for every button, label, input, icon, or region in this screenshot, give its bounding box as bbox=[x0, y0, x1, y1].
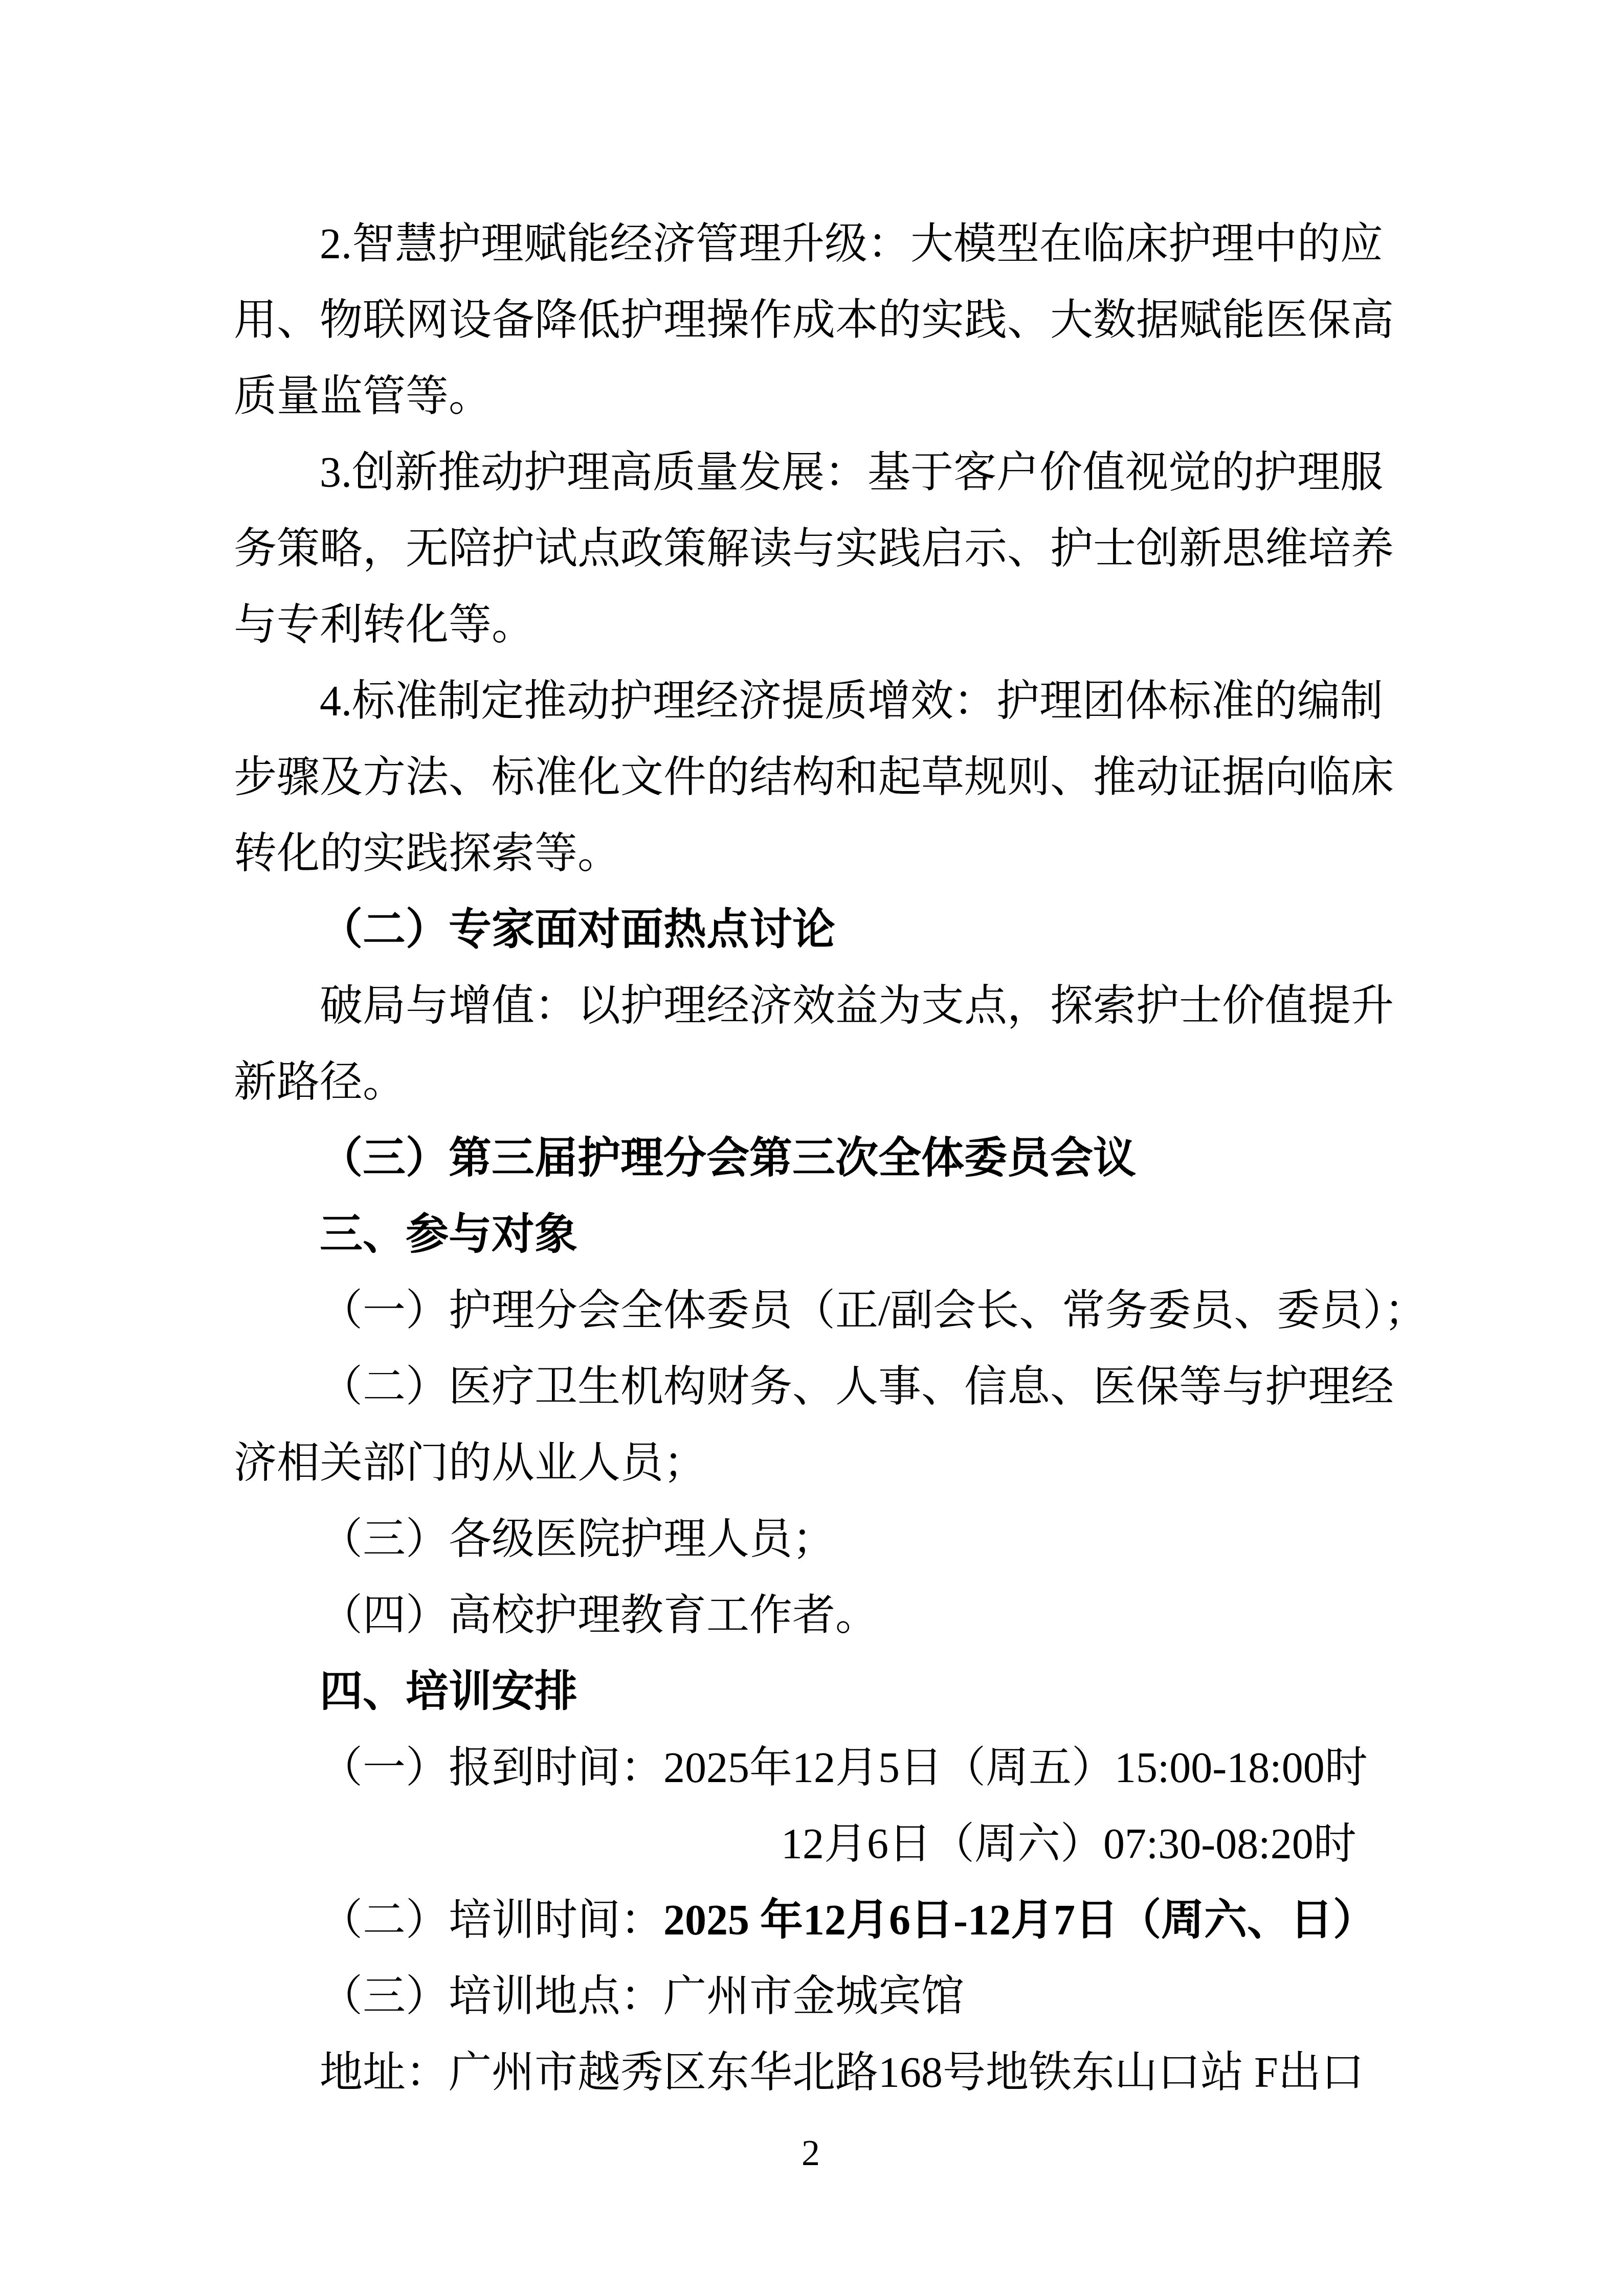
text-line-venue-address: 地址：广州市越秀区东华北路168号地铁东山口站 F出口 bbox=[234, 2035, 1388, 2111]
text-line-training-time: （二）培训时间：2025 年12月6日-12月7日（周六、日） bbox=[234, 1882, 1388, 1959]
document-body: 2.智慧护理赋能经济管理升级：大模型在临床护理中的应 用、物联网设备降低护理操作… bbox=[234, 206, 1388, 2111]
text-line: 务策略，无陪护试点政策解读与实践启示、护士创新思维培养 bbox=[234, 511, 1388, 587]
text-line: （三）各级医院护理人员； bbox=[234, 1501, 1388, 1578]
text-line: 质量监管等。 bbox=[234, 358, 1388, 435]
text-line: 济相关部门的从业人员； bbox=[234, 1425, 1388, 1501]
text-line: 4.标准制定推动护理经济提质增效：护理团体标准的编制 bbox=[234, 663, 1388, 739]
text-line: （一）护理分会全体委员（正/副会长、常务委员、委员）； bbox=[234, 1273, 1388, 1349]
text-line: （四）高校护理教育工作者。 bbox=[234, 1578, 1388, 1654]
page-number: 2 bbox=[234, 2122, 1388, 2184]
text-line-training-venue: （三）培训地点：广州市金城宾馆 bbox=[234, 1959, 1388, 2035]
text-line: 步骤及方法、标准化文件的结构和起草规则、推动证据向临床 bbox=[234, 739, 1388, 816]
heading-committee-meeting: （三）第三届护理分会第三次全体委员会议 bbox=[234, 1120, 1388, 1197]
training-time-value: 2025 年12月6日-12月7日（周六、日） bbox=[663, 1897, 1376, 1944]
training-time-label: （二）培训时间： bbox=[320, 1897, 663, 1944]
heading-expert-discussion: （二）专家面对面热点讨论 bbox=[234, 892, 1388, 968]
text-line: 破局与增值：以护理经济效益为支点，探索护士价值提升 bbox=[234, 968, 1388, 1044]
text-line: （二）医疗卫生机构财务、人事、信息、医保等与护理经 bbox=[234, 1349, 1388, 1425]
heading-training-schedule: 四、培训安排 bbox=[234, 1654, 1388, 1730]
heading-participants: 三、参与对象 bbox=[234, 1197, 1388, 1273]
text-line-registration-time-2: 12月6日（周六）07:30-08:20时 bbox=[234, 1806, 1388, 1882]
text-line: 转化的实践探索等。 bbox=[234, 816, 1388, 892]
document-page: 2.智慧护理赋能经济管理升级：大模型在临床护理中的应 用、物联网设备降低护理操作… bbox=[0, 0, 1624, 2296]
text-line: 3.创新推动护理高质量发展：基于客户价值视觉的护理服 bbox=[234, 435, 1388, 511]
text-line: 用、物联网设备降低护理操作成本的实践、大数据赋能医保高 bbox=[234, 282, 1388, 358]
text-line-registration-time: （一）报到时间：2025年12月5日（周五）15:00-18:00时 bbox=[234, 1730, 1388, 1806]
text-line: 2.智慧护理赋能经济管理升级：大模型在临床护理中的应 bbox=[234, 206, 1388, 282]
text-line: 新路径。 bbox=[234, 1044, 1388, 1120]
text-line: 与专利转化等。 bbox=[234, 587, 1388, 663]
